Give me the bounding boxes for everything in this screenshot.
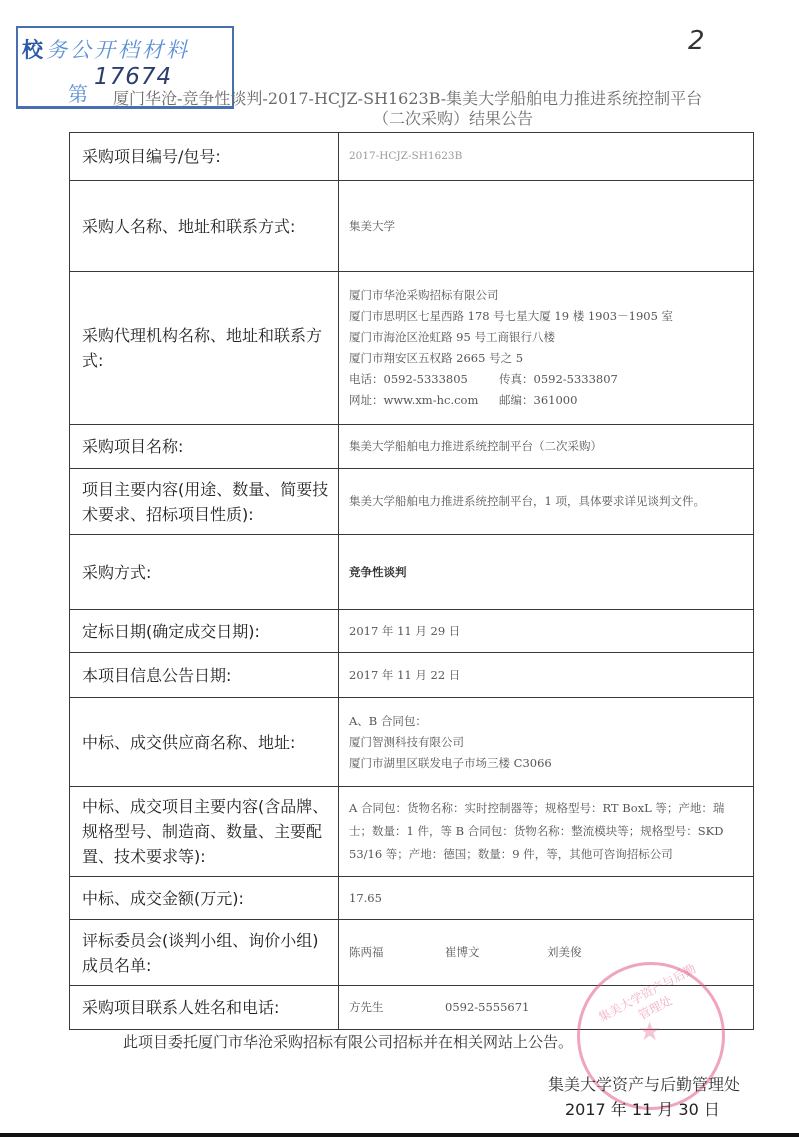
committee-member: 崔博文 bbox=[445, 942, 547, 963]
row-label: 中标、成交项目主要内容(含品牌、规格型号、制造商、数量、主要配置、技术要求等): bbox=[70, 787, 339, 877]
stamp-number-label: 第 bbox=[68, 78, 88, 107]
announcement-date-value: 2017 年 11 月 22 日 bbox=[339, 653, 754, 698]
title-line-1: 厦门华沧-竞争性谈判-2017-HCJZ-SH1623B-集美大学船舶电力推进系… bbox=[113, 89, 702, 108]
stamp-title: 校务公开档材料 bbox=[22, 34, 190, 64]
purchaser-value: 集美大学 bbox=[339, 181, 754, 272]
procurement-method-value: 竞争性谈判 bbox=[339, 535, 754, 610]
award-amount-value: 17.65 bbox=[339, 877, 754, 920]
row-label: 采购人名称、地址和联系方式: bbox=[70, 181, 339, 272]
table-row: 定标日期(确定成交日期): 2017 年 11 月 29 日 bbox=[70, 610, 754, 653]
table-row: 采购项目编号/包号: 2017-HCJZ-SH1623B bbox=[70, 133, 754, 181]
table-row: 中标、成交金额(万元): 17.65 bbox=[70, 877, 754, 920]
handwritten-page-number: 2 bbox=[688, 26, 705, 56]
agency-value: 厦门市华沧采购招标有限公司 厦门市思明区七星西路 178 号七星大厦 19 楼 … bbox=[339, 272, 754, 425]
contact-phone: 0592-5555671 bbox=[445, 997, 529, 1018]
footer-note: 此项目委托厦门市华沧采购招标有限公司招标并在相关网站上公告。 bbox=[123, 1031, 573, 1052]
supplier-value: A、B 合同包： 厦门智测科技有限公司 厦门市湖里区联发电子市场三楼 C3066 bbox=[339, 698, 754, 787]
row-label: 本项目信息公告日期: bbox=[70, 653, 339, 698]
agency-fax: 传真：0592-5333807 bbox=[499, 372, 618, 386]
table-row: 本项目信息公告日期: 2017 年 11 月 22 日 bbox=[70, 653, 754, 698]
scan-bottom-edge bbox=[0, 1133, 799, 1137]
row-label: 采购项目联系人姓名和电话: bbox=[70, 986, 339, 1030]
agency-zip: 邮编：361000 bbox=[499, 393, 577, 407]
row-label: 采购代理机构名称、地址和联系方式: bbox=[70, 272, 339, 425]
committee-members-value: 陈两福崔博文刘美俊 bbox=[339, 920, 754, 986]
row-label: 项目主要内容(用途、数量、简要技术要求、招标项目性质): bbox=[70, 469, 339, 535]
signoff-organization: 集美大学资产与后勤管理处 bbox=[548, 1072, 740, 1095]
row-label: 采购项目名称: bbox=[70, 425, 339, 469]
award-date-value: 2017 年 11 月 29 日 bbox=[339, 610, 754, 653]
signoff-date: 2017 年 11 月 30 日 bbox=[565, 1097, 720, 1120]
document-title: 厦门华沧-竞争性谈判-2017-HCJZ-SH1623B-集美大学船舶电力推进系… bbox=[113, 88, 753, 130]
result-announcement-table: 采购项目编号/包号: 2017-HCJZ-SH1623B 采购人名称、地址和联系… bbox=[69, 132, 754, 1030]
row-label: 采购方式: bbox=[70, 535, 339, 610]
table-row: 项目主要内容(用途、数量、简要技术要求、招标项目性质): 集美大学船舶电力推进系… bbox=[70, 469, 754, 535]
stamp-number: 17674 bbox=[94, 64, 172, 90]
row-label: 评标委员会(谈判小组、询价小组)成员名单: bbox=[70, 920, 339, 986]
table-row: 采购人名称、地址和联系方式: 集美大学 bbox=[70, 181, 754, 272]
agency-phone: 电话：0592-5333805 bbox=[349, 369, 499, 390]
table-row: 中标、成交供应商名称、地址: A、B 合同包： 厦门智测科技有限公司 厦门市湖里… bbox=[70, 698, 754, 787]
table-row: 采购代理机构名称、地址和联系方式: 厦门市华沧采购招标有限公司 厦门市思明区七星… bbox=[70, 272, 754, 425]
table-row: 评标委员会(谈判小组、询价小组)成员名单: 陈两福崔博文刘美俊 bbox=[70, 920, 754, 986]
project-content-value: 集美大学船舶电力推进系统控制平台，1 项，具体要求详见谈判文件。 bbox=[339, 469, 754, 535]
row-label: 中标、成交金额(万元): bbox=[70, 877, 339, 920]
contact-name: 方先生 bbox=[349, 997, 445, 1018]
row-label: 定标日期(确定成交日期): bbox=[70, 610, 339, 653]
title-line-2: （二次采购）结果公告 bbox=[113, 108, 753, 130]
contact-value: 方先生0592-5555671 bbox=[339, 986, 754, 1030]
table-row: 采购项目名称: 集美大学船舶电力推进系统控制平台（二次采购） bbox=[70, 425, 754, 469]
project-name-value: 集美大学船舶电力推进系统控制平台（二次采购） bbox=[339, 425, 754, 469]
table-row: 采购方式: 竞争性谈判 bbox=[70, 535, 754, 610]
agency-website: 网址：www.xm-hc.com bbox=[349, 390, 499, 411]
committee-member: 刘美俊 bbox=[547, 942, 582, 963]
row-label: 中标、成交供应商名称、地址: bbox=[70, 698, 339, 787]
table-row: 采购项目联系人姓名和电话: 方先生0592-5555671 bbox=[70, 986, 754, 1030]
row-label: 采购项目编号/包号: bbox=[70, 133, 339, 181]
committee-member: 陈两福 bbox=[349, 942, 445, 963]
project-number-value: 2017-HCJZ-SH1623B bbox=[339, 133, 754, 181]
award-content-value: A 合同包：货物名称：实时控制器等；规格型号：RT BoxL 等；产地：瑞士；数… bbox=[339, 787, 754, 877]
table-row: 中标、成交项目主要内容(含品牌、规格型号、制造商、数量、主要配置、技术要求等):… bbox=[70, 787, 754, 877]
